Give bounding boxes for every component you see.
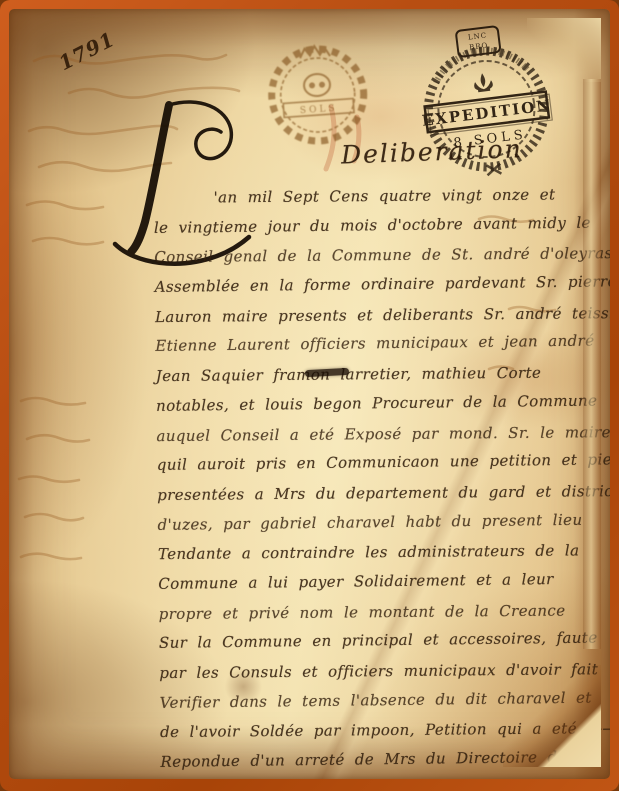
parchment-page: 1791 SOLS	[9, 9, 610, 779]
manuscript-line: d'uzes, par gabriel charavel habt du pre…	[157, 505, 610, 540]
torn-edge-right	[583, 79, 601, 649]
year-annotation: 1791	[55, 27, 119, 75]
manuscript-line: quil auroit pris en Communicaon une peti…	[157, 445, 610, 480]
manuscript-line: Assemblée en la forme ordinaire pardevan…	[154, 267, 610, 302]
manuscript-line: le vingtieme jour du mois d'octobre avan…	[154, 208, 610, 243]
fleur-de-lis-icon	[473, 72, 494, 93]
stamp-arc-text-2: BRO	[469, 41, 489, 51]
page-fold-bottom-right	[503, 665, 601, 767]
manuscript-line: notables, et louis begon Procureur de la…	[156, 386, 610, 421]
page-fold-top-right	[527, 18, 601, 82]
manuscript-line: Sur la Commune en principal et accessoir…	[159, 623, 610, 658]
manuscript-line: Etienne Laurent officiers municipaux et …	[155, 327, 610, 362]
manuscript-line: Commune a lui payer Solidairement et a l…	[158, 564, 610, 599]
stamp-arc-text-1: LNC	[468, 31, 488, 41]
document-photo: 1791 SOLS	[0, 0, 619, 791]
